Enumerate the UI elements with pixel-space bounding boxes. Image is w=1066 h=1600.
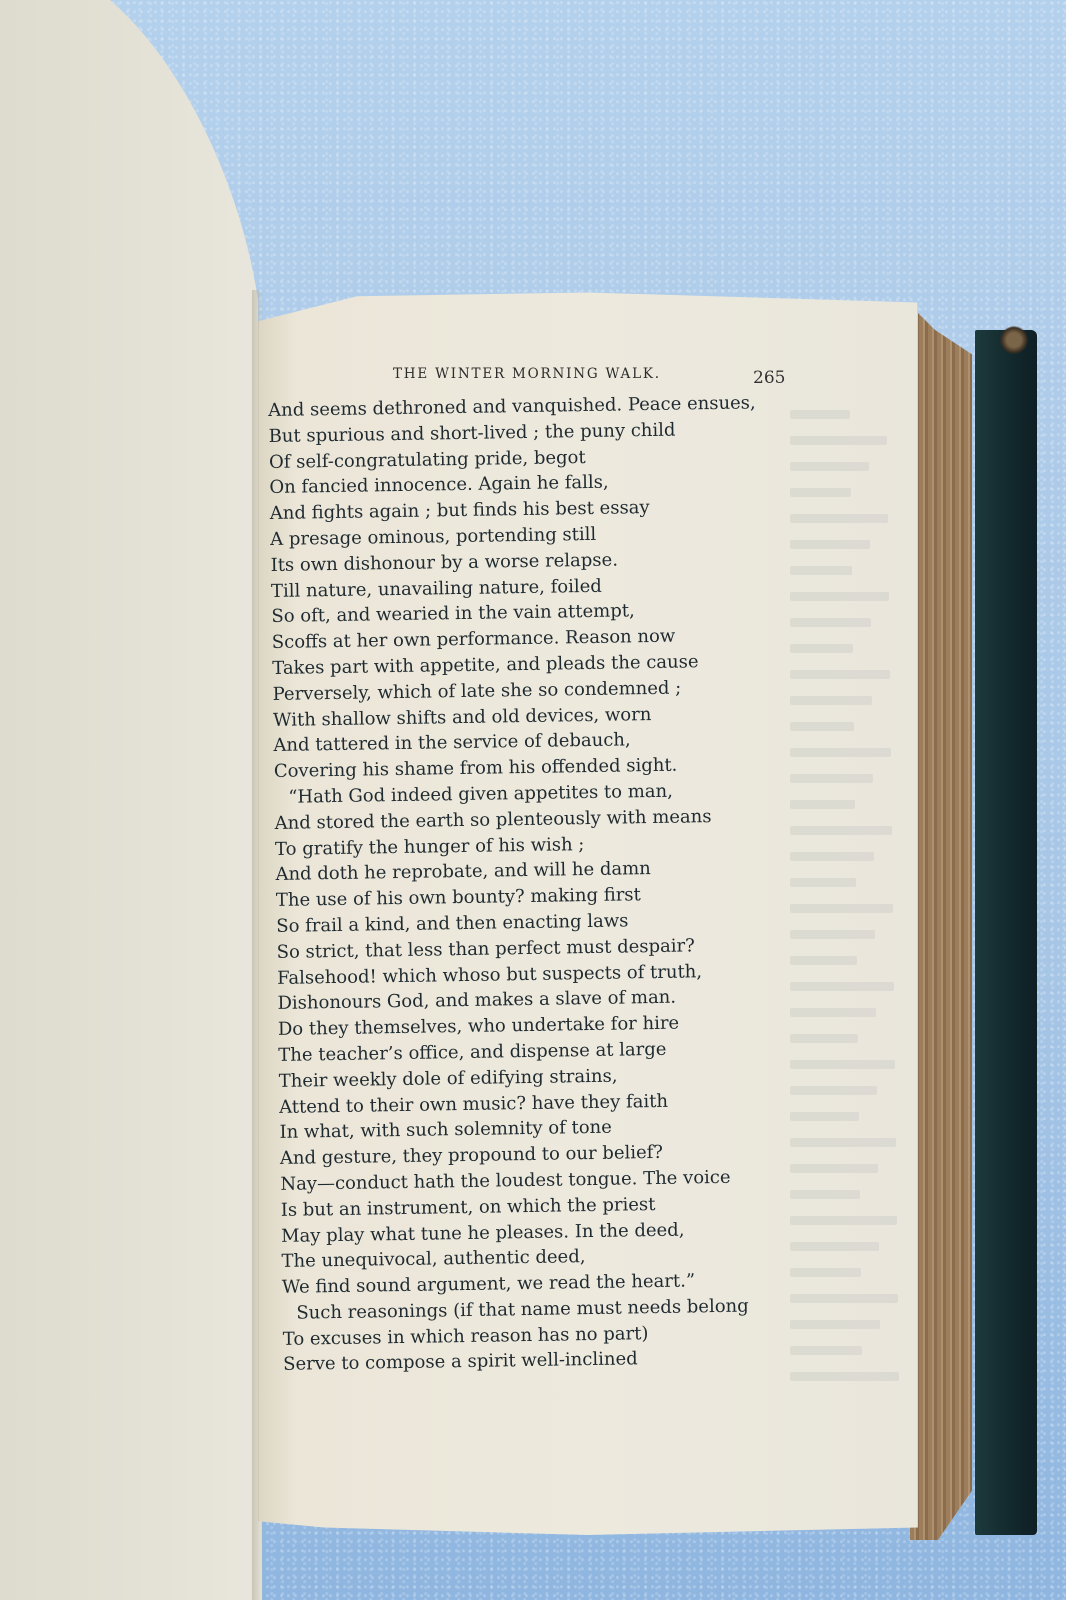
show-through-line <box>790 982 894 991</box>
show-through-line <box>790 1164 878 1173</box>
frayed-cover-corner <box>1000 325 1028 355</box>
show-through-line <box>790 618 871 627</box>
show-through-line <box>790 956 857 965</box>
show-through-line <box>790 878 856 887</box>
show-through-line <box>790 488 851 497</box>
show-through-line <box>790 904 893 913</box>
show-through-line <box>790 1320 880 1329</box>
show-through-line <box>790 722 854 731</box>
show-through-line <box>790 644 853 653</box>
show-through-line <box>790 1138 896 1147</box>
page-number: 265 <box>753 368 785 388</box>
show-through-line <box>790 566 852 575</box>
show-through-line <box>790 748 891 757</box>
running-head: THE WINTER MORNING WALK. <box>393 366 661 382</box>
show-through-line <box>790 800 855 809</box>
show-through-line <box>790 410 850 419</box>
show-through-line <box>790 826 892 835</box>
show-through-line <box>790 1294 898 1303</box>
left-page-curled <box>0 0 262 1600</box>
show-through-line <box>790 670 890 679</box>
show-through-line <box>790 1034 858 1043</box>
show-through-line <box>790 1372 899 1381</box>
show-through-line <box>790 462 869 471</box>
show-through-line <box>790 1112 859 1121</box>
show-through-text <box>790 410 910 1390</box>
show-through-line <box>790 540 870 549</box>
poem-text: And seems dethroned and vanquished. Peac… <box>268 390 803 1378</box>
show-through-line <box>790 1242 879 1251</box>
show-through-line <box>790 1216 897 1225</box>
show-through-line <box>790 930 875 939</box>
show-through-line <box>790 1008 876 1017</box>
show-through-line <box>790 852 874 861</box>
show-through-line <box>790 774 873 783</box>
page-edges <box>910 305 972 1540</box>
show-through-line <box>790 514 888 523</box>
show-through-line <box>790 592 889 601</box>
show-through-line <box>790 1086 877 1095</box>
show-through-line <box>790 696 872 705</box>
book-cover <box>975 330 1037 1535</box>
show-through-line <box>790 436 887 445</box>
show-through-line <box>790 1060 895 1069</box>
